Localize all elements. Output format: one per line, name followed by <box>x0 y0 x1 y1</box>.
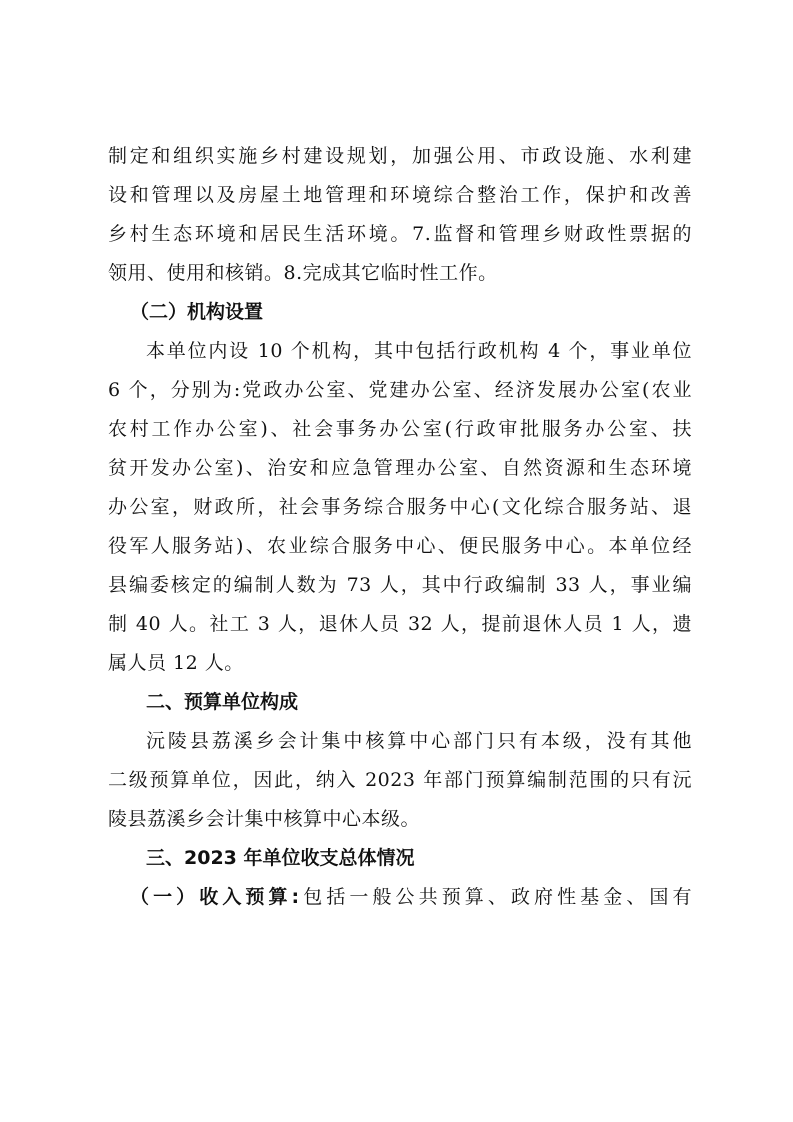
text-line: 6 个，分别为:党政办公室、党建办公室、经济发展办公室(农业 <box>108 371 692 410</box>
inline-label: （一）收入预算: <box>130 886 300 908</box>
text-line: 办公室，财政所，社会事务综合服务中心(文化综合服务站、退 <box>108 488 692 527</box>
text-line: 乡村生态环境和居民生活环境。7.监督和管理乡财政性票据的 <box>108 215 692 254</box>
document-page: 制定和组织实施乡村建设规划，加强公用、市政设施、水利建 设和管理以及房屋土地管理… <box>108 137 692 917</box>
inline-text: 包括一般公共预算、政府性基金、国有 <box>300 886 692 908</box>
section-heading: 三、2023 年单位收支总体情况 <box>108 839 692 878</box>
text-line: 役军人服务站)、农业综合服务中心、便民服务中心。本单位经 <box>108 527 692 566</box>
text-line: 陵县荔溪乡会计集中核算中心本级。 <box>108 800 692 839</box>
text-line: 贫开发办公室)、治安和应急管理办公室、自然资源和生态环境 <box>108 449 692 488</box>
text-line: 沅陵县荔溪乡会计集中核算中心部门只有本级，没有其他 <box>108 722 692 761</box>
text-line: 领用、使用和核销。8.完成其它临时性工作。 <box>108 254 692 293</box>
text-line: 属人员 12 人。 <box>108 644 692 683</box>
text-line: 本单位内设 10 个机构，其中包括行政机构 4 个，事业单位 <box>108 332 692 371</box>
text-line: 设和管理以及房屋土地管理和环境综合整治工作，保护和改善 <box>108 176 692 215</box>
section-heading: （二）机构设置 <box>108 293 692 332</box>
text-line: 制 40 人。社工 3 人，退休人员 32 人，提前退休人员 1 人，遗 <box>108 605 692 644</box>
text-line: （一）收入预算:包括一般公共预算、政府性基金、国有 <box>108 878 692 917</box>
text-line: 制定和组织实施乡村建设规划，加强公用、市政设施、水利建 <box>108 137 692 176</box>
text-line: 县编委核定的编制人数为 73 人，其中行政编制 33 人，事业编 <box>108 566 692 605</box>
section-heading: 二、预算单位构成 <box>108 683 692 722</box>
text-line: 农村工作办公室)、社会事务办公室(行政审批服务办公室、扶 <box>108 410 692 449</box>
text-line: 二级预算单位，因此，纳入 2023 年部门预算编制范围的只有沅 <box>108 761 692 800</box>
